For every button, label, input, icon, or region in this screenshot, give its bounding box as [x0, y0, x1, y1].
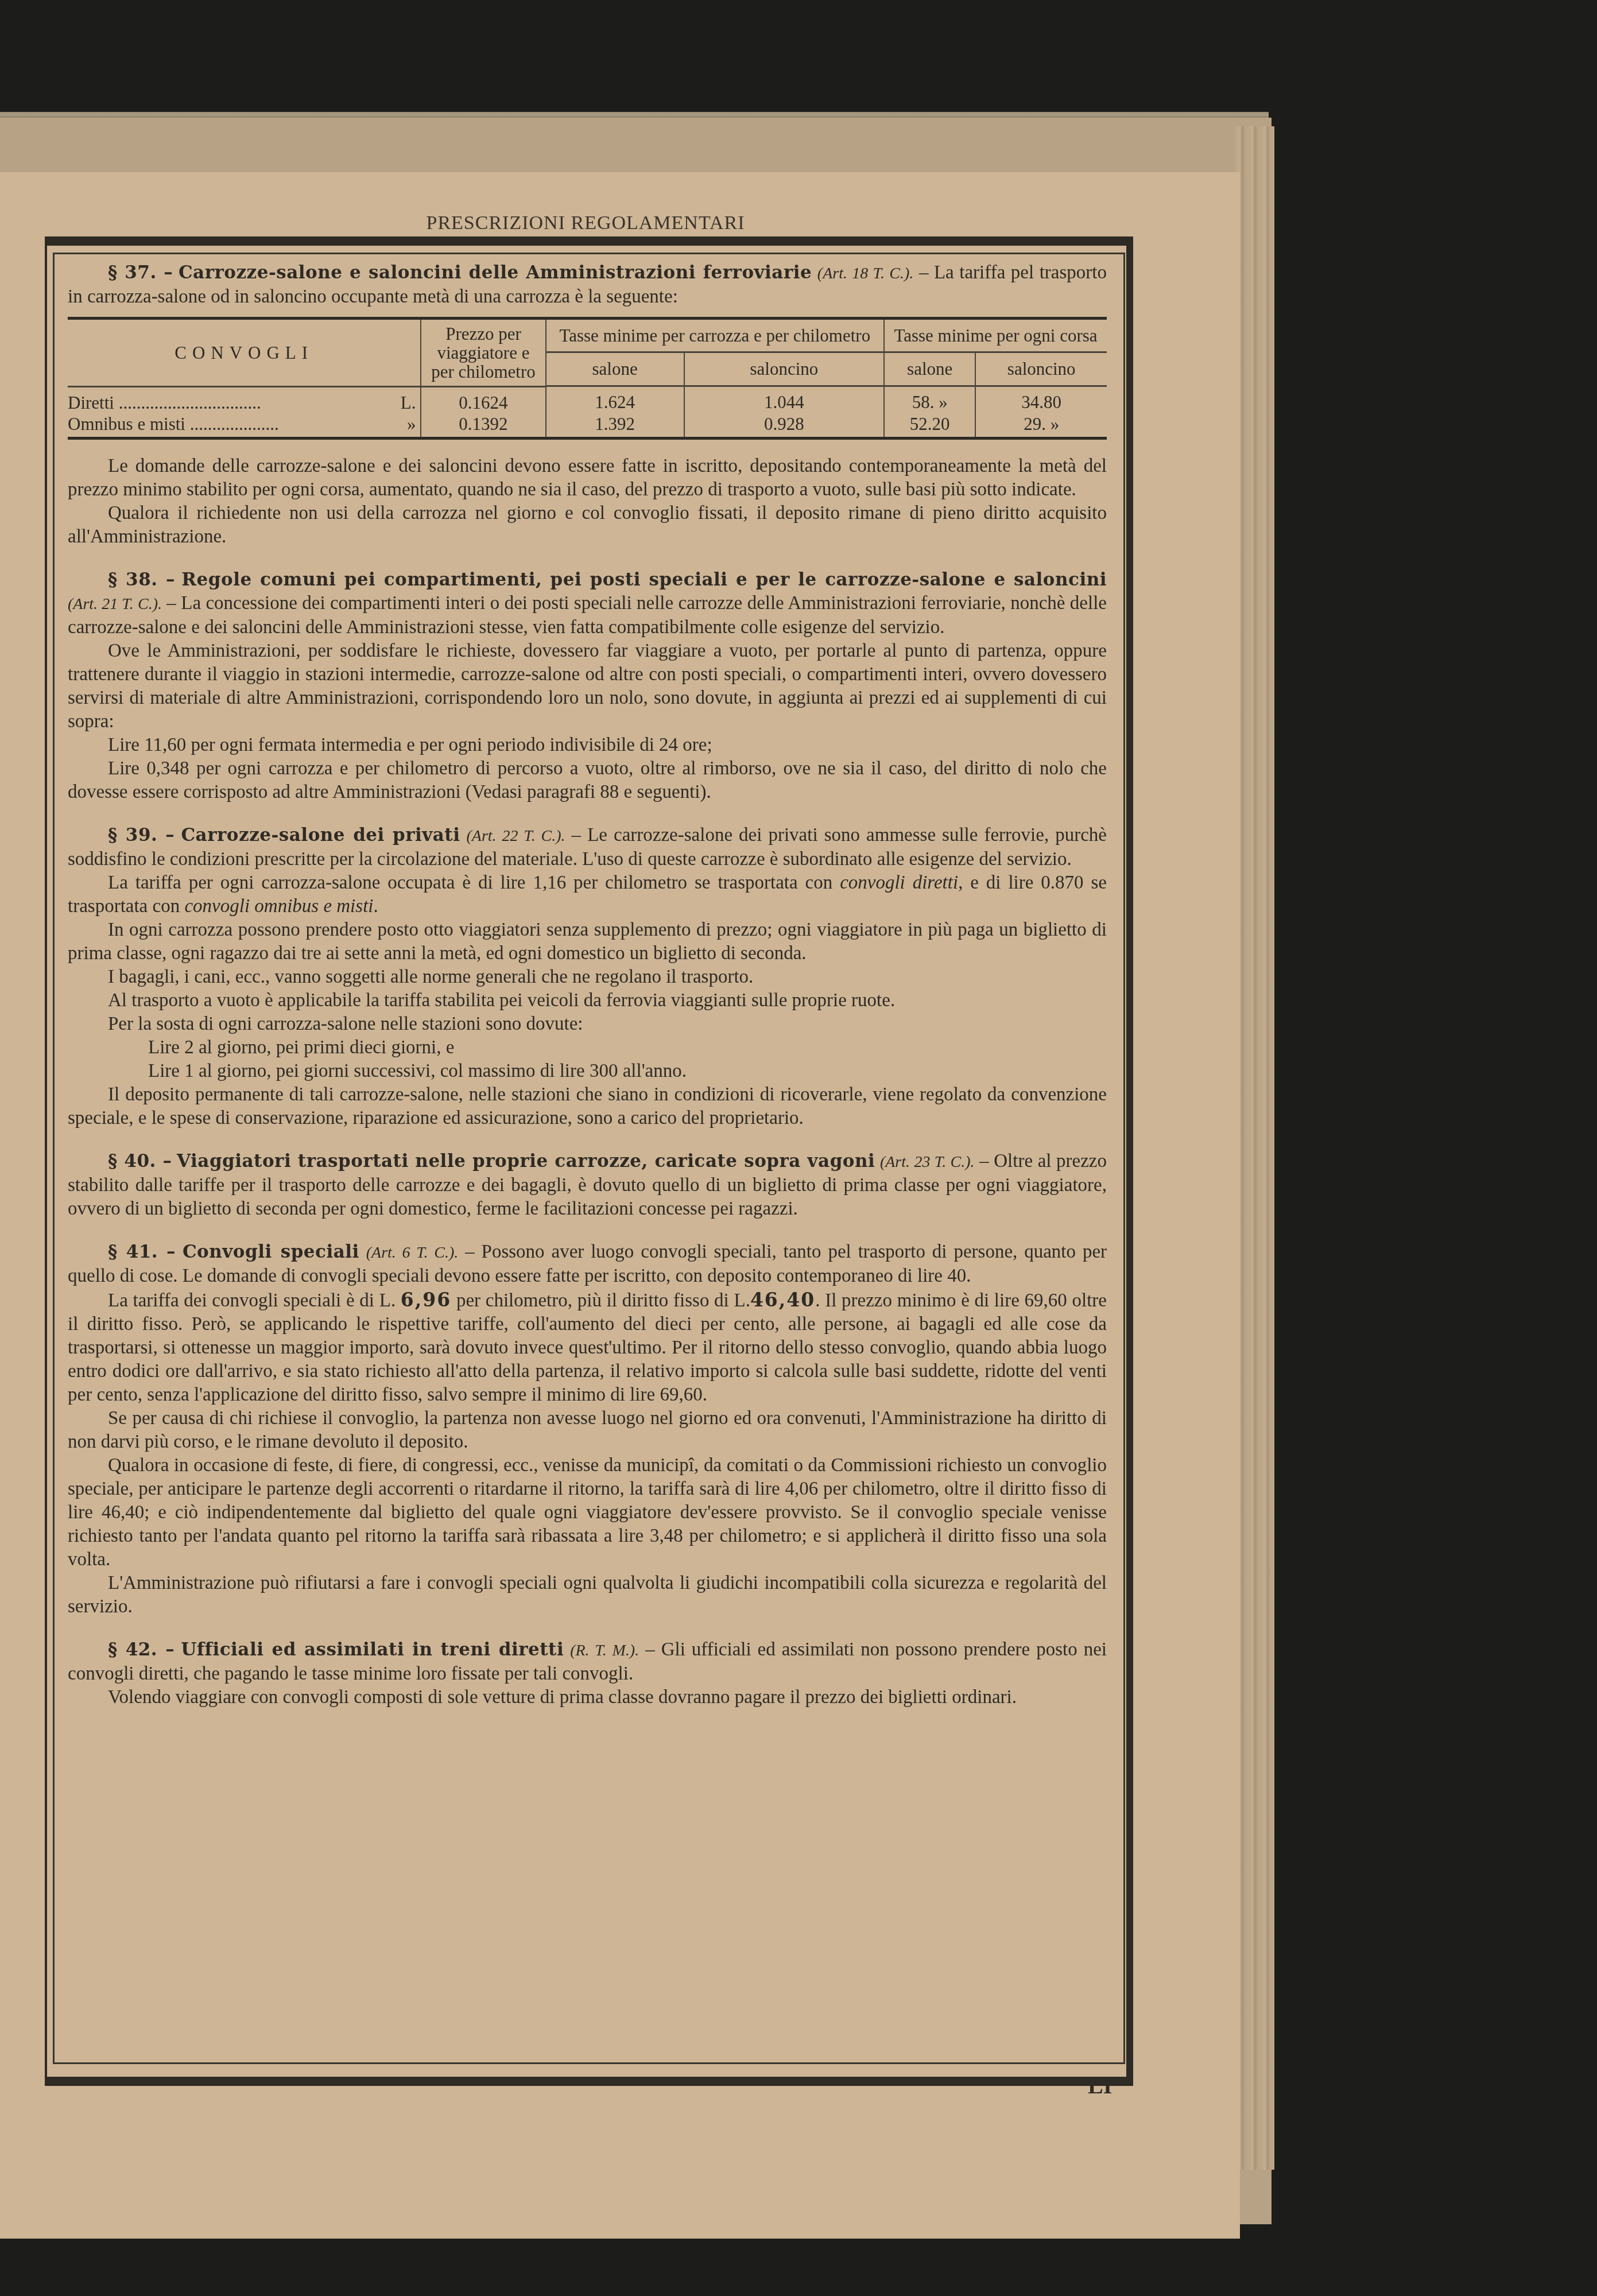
paragraph: In ogni carrozza possono prendere posto …	[68, 918, 1107, 965]
cell-km-salone: 1.624	[546, 387, 684, 414]
cell-prezzo: 0.1392	[421, 413, 545, 439]
tariff-per-km: 6,96	[401, 1289, 451, 1311]
text-run: .	[373, 896, 378, 917]
section-42-ref: (R. T. M.).	[570, 1642, 639, 1659]
header-tasse-km: Tasse minime per carrozza e per chilomet…	[546, 319, 884, 352]
section-41-tariff: La tariffa dei convogli speciali è di L.…	[68, 1288, 1107, 1407]
cell-km-saloncino: 0.928	[684, 413, 884, 439]
header-km-saloncino: saloncino	[684, 352, 884, 386]
tariff-fixed-fee: 46,40	[750, 1289, 815, 1311]
section-42-number: § 42. –	[108, 1639, 175, 1660]
sosta-item: Lire 1 al giorno, pei giorni successivi,…	[68, 1060, 1107, 1083]
cell-corsa-salone: 52.20	[884, 413, 975, 439]
section-37: § 37. – Carrozze-salone e saloncini dell…	[68, 261, 1107, 549]
section-40-ref: (Art. 23 T. C.).	[880, 1153, 975, 1171]
paragraph: Se per causa di chi richiese il convogli…	[68, 1407, 1107, 1454]
section-41-title: Convogli speciali	[183, 1242, 359, 1262]
table-row: Omnibus e misti ....................» 0.…	[68, 413, 1107, 439]
section-37-intro: § 37. – Carrozze-salone e saloncini dell…	[68, 261, 1107, 309]
emphasis-omnibus: convogli omnibus e misti	[184, 896, 373, 917]
running-head: PRESCRIZIONI REGOLAMENTARI	[413, 212, 758, 234]
section-38-intro-text: – La concessione dei compartimenti inter…	[68, 593, 1107, 638]
header-convogli: CONVOGLI	[68, 319, 421, 386]
section-42-title: Ufficiali ed assimilati in treni diretti	[181, 1639, 564, 1660]
section-39-intro: § 39. – Carrozze-salone dei privati (Art…	[68, 824, 1107, 871]
section-40-number: § 40. –	[108, 1151, 172, 1172]
section-39-tariff: La tariffa per ogni carrozza-salone occu…	[68, 871, 1107, 918]
header-tasse-corsa: Tasse minime per ogni corsa	[884, 319, 1107, 352]
paragraph: Qualora in occasione di feste, di fiere,…	[68, 1454, 1107, 1572]
cell-corsa-salone: 58. »	[884, 387, 975, 414]
header-prezzo: Prezzo per viaggiatore e per chilometro	[421, 319, 545, 386]
section-39-number: § 39. –	[108, 825, 175, 846]
cell-prezzo: 0.1624	[421, 387, 545, 414]
text-run: La tariffa per ogni carrozza-salone occu…	[108, 872, 840, 893]
paragraph: Al trasporto a vuoto è applicabile la ta…	[68, 989, 1107, 1013]
section-41-number: § 41. –	[108, 1242, 176, 1262]
paragraph: Lire 11,60 per ogni fermata intermedia e…	[68, 734, 1107, 757]
paragraph: Lire 0,348 per ogni carrozza e per chilo…	[68, 757, 1107, 804]
section-41: § 41. – Convogli speciali (Art. 6 T. C.)…	[68, 1240, 1107, 1619]
paragraph: Il deposito permanente di tali carrozze-…	[68, 1083, 1107, 1130]
section-41-ref: (Art. 6 T. C.).	[366, 1244, 459, 1262]
paragraph: Qualora il richiedente non usi della car…	[68, 502, 1107, 549]
section-40-title: Viaggiatori trasportati nelle proprie ca…	[177, 1151, 875, 1172]
section-39-title: Carrozze-salone dei privati	[181, 825, 460, 846]
section-40: § 40. – Viaggiatori trasportati nelle pr…	[68, 1150, 1107, 1221]
paragraph: Volendo viaggiare con convogli composti …	[68, 1686, 1107, 1709]
table-row: Diretti ................................…	[68, 387, 1107, 414]
cell-corsa-saloncino: 29. »	[975, 413, 1107, 439]
section-42: § 42. – Ufficiali ed assimilati in treni…	[68, 1638, 1107, 1709]
header-corsa-salone: salone	[884, 352, 975, 386]
paragraph: Per la sosta di ogni carrozza-salone nel…	[68, 1013, 1107, 1036]
section-38-number: § 38. –	[108, 569, 175, 590]
section-40-intro: § 40. – Viaggiatori trasportati nelle pr…	[68, 1150, 1107, 1221]
section-38-intro: § 38. – Regole comuni pei compartimenti,…	[68, 568, 1107, 639]
section-39-ref: (Art. 22 T. C.).	[467, 827, 565, 845]
page-number: LI	[1088, 2072, 1112, 2099]
sosta-item: Lire 2 al giorno, pei primi dieci giorni…	[68, 1036, 1107, 1060]
emphasis-diretti: convogli diretti	[840, 872, 958, 893]
paragraph: Ove le Amministrazioni, per soddisfare l…	[68, 639, 1107, 734]
section-37-number: § 37. –	[108, 262, 173, 283]
section-37-ref: (Art. 18 T. C.).	[817, 265, 914, 282]
section-39: § 39. – Carrozze-salone dei privati (Art…	[68, 824, 1107, 1130]
paragraph: L'Amministrazione può rifiutarsi a fare …	[68, 1572, 1107, 1619]
section-38: § 38. – Regole comuni pei compartimenti,…	[68, 568, 1107, 804]
cell-km-salone: 1.392	[546, 413, 684, 439]
section-41-intro: § 41. – Convogli speciali (Art. 6 T. C.)…	[68, 1240, 1107, 1288]
section-38-title: Regole comuni pei compartimenti, pei pos…	[181, 569, 1107, 590]
page-content: § 37. – Carrozze-salone e saloncini dell…	[68, 261, 1107, 1709]
cell-km-saloncino: 1.044	[684, 387, 884, 414]
paragraph: Le domande delle carrozze-salone e dei s…	[68, 455, 1107, 502]
row-unit: »	[407, 414, 416, 433]
section-42-intro: § 42. – Ufficiali ed assimilati in treni…	[68, 1638, 1107, 1686]
paragraph: I bagagli, i cani, ecc., vanno soggetti …	[68, 965, 1107, 989]
row-name: Omnibus e misti ....................	[68, 414, 279, 434]
row-name: Diretti ................................	[68, 393, 261, 413]
book-side-edge	[1234, 126, 1274, 2170]
cell-corsa-saloncino: 34.80	[975, 387, 1107, 414]
row-unit: L.	[401, 393, 416, 412]
section-37-title: Carrozze-salone e saloncini delle Ammini…	[179, 262, 812, 283]
section-38-ref: (Art. 21 T. C.).	[68, 595, 162, 613]
header-km-salone: salone	[546, 352, 684, 386]
text-run: per chilometro, più il diritto fisso di …	[451, 1290, 750, 1311]
tariff-table: CONVOGLI Prezzo per viaggiatore e per ch…	[68, 317, 1107, 440]
text-run: La tariffa dei convogli speciali è di L.	[108, 1290, 401, 1311]
header-corsa-saloncino: saloncino	[975, 352, 1107, 386]
